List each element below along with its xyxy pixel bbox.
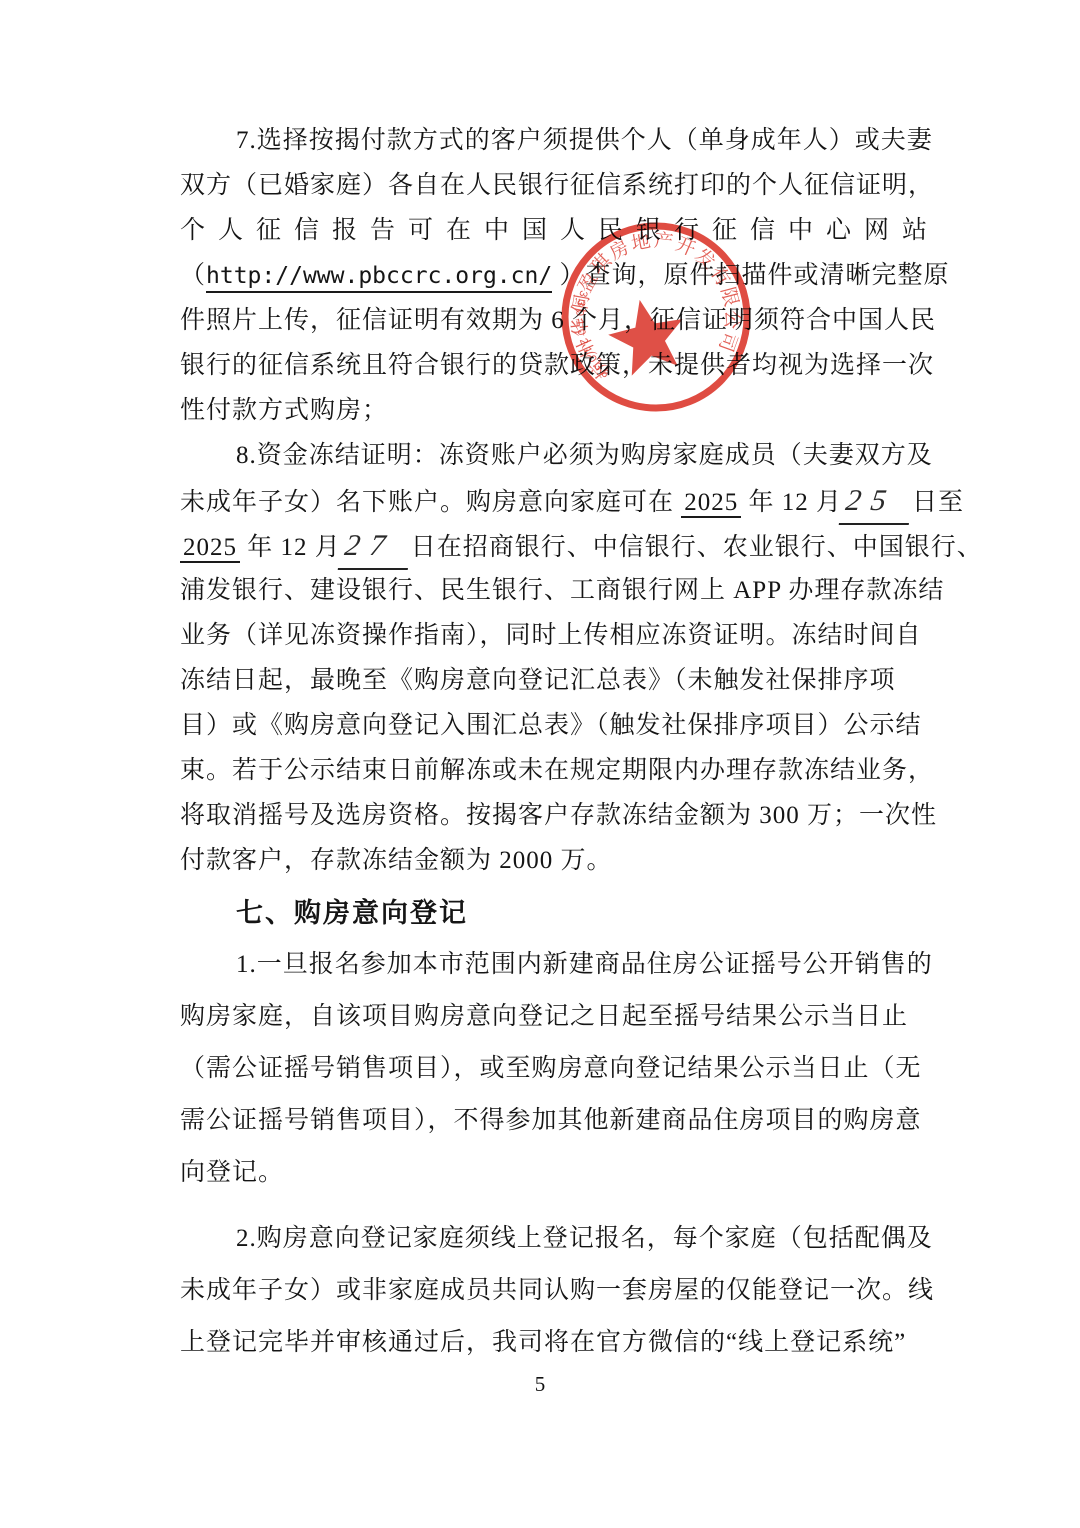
text-segment: 8.资金冻结证明：冻资账户必须为购房家庭成员（夫妻双方及 <box>236 442 933 469</box>
scanned-document-page: 7.选择按揭付款方式的客户须提供个人（单身成年人）或夫妻双方（已婚家庭）各自在人… <box>0 0 1080 1528</box>
text-line: 1.一旦报名参加本市范围内新建商品住房公证摇号公开销售的 <box>180 939 904 991</box>
text-segment: 2.购房意向登记家庭须线上登记报名，每个家庭（包括配偶及 <box>236 1225 933 1252</box>
text-segment: 需公证摇号销售项目），不得参加其他新建商品住房项目的购房意 <box>180 1107 922 1134</box>
text-line: 7.选择按揭付款方式的客户须提供个人（单身成年人）或夫妻 <box>180 118 904 163</box>
text-line: 个人征信报告可在中国人民银行征信中心网站 <box>180 208 904 253</box>
section-heading: 七、购房意向登记 <box>180 887 904 939</box>
text-line: 双方（已婚家庭）各自在人民银行征信系统打印的个人征信证明， <box>180 163 904 208</box>
text-segment: 年 12 月 <box>741 489 842 516</box>
text-segment: 1.一旦报名参加本市范围内新建商品住房公证摇号公开销售的 <box>236 951 933 978</box>
text-line: 未成年子女）名下账户。购房意向家庭可在 2025 年 12 月25日至 <box>180 478 904 523</box>
text-line: 性付款方式购房； <box>180 388 904 433</box>
text-segment: 银行的征信系统且符合银行的贷款政策，未提供者均视为选择一次 <box>180 352 934 379</box>
text-line: 上登记完毕并审核通过后，我司将在官方微信的“线上登记系统” <box>180 1317 904 1369</box>
text-segment: 件照片上传，征信证明有效期为 6 个月，征信证明须符合中国人民 <box>180 307 936 334</box>
text-segment: 上登记完毕并审核通过后，我司将在官方微信的“线上登记系统” <box>180 1329 906 1356</box>
text-line: 购房家庭，自该项目购房意向登记之日起至摇号结果公示当日止 <box>180 991 904 1043</box>
underlined-field: 2025 <box>681 489 741 518</box>
text-line: 束。若于公示结束日前解冻或未在规定期限内办理存款冻结业务， <box>180 748 904 793</box>
text-line: 2.购房意向登记家庭须线上登记报名，每个家庭（包括配偶及 <box>180 1213 904 1265</box>
text-line: 8.资金冻结证明：冻资账户必须为购房家庭成员（夫妻双方及 <box>180 433 904 478</box>
text-line: 浦发银行、建设银行、民生银行、工商银行网上 APP 办理存款冻结 <box>180 568 904 613</box>
underlined-field: 2025 <box>180 534 240 563</box>
text-segment: 业务（详见冻资操作指南），同时上传相应冻资证明。冻结时间自 <box>180 622 922 649</box>
text-segment: 日在招商银行、中信银行、农业银行、中国银行、 <box>411 534 983 561</box>
text-segment: 将取消摇号及选房资格。按揭客户存款冻结金额为 300 万；一次性 <box>180 802 937 829</box>
text-line: 需公证摇号销售项目），不得参加其他新建商品住房项目的购房意 <box>180 1095 904 1147</box>
text-segment: 未成年子女）或非家庭成员共同认购一套房屋的仅能登记一次。线 <box>180 1277 934 1304</box>
text-line: 目）或《购房意向登记入围汇总表》（触发社保排序项目）公示结 <box>180 703 904 748</box>
text-segment: 个人征信报告可在中国人民银行征信中心网站 <box>180 217 940 244</box>
document-url: http://www.pbccrc.org.cn/ <box>206 263 552 293</box>
text-segment: （需公证摇号销售项目），或至购房意向登记结果公示当日止（无 <box>180 1055 922 1082</box>
text-line: 未成年子女）或非家庭成员共同认购一套房屋的仅能登记一次。线 <box>180 1265 904 1317</box>
text-segment: （ <box>180 262 206 289</box>
text-segment: 束。若于公示结束日前解冻或未在规定期限内办理存款冻结业务， <box>180 757 934 784</box>
handwritten-date: 25 <box>839 478 916 525</box>
text-line: 2025 年 12 月27日在招商银行、中信银行、农业银行、中国银行、 <box>180 523 904 568</box>
text-segment: ）查询，原件扫描件或清晰完整原 <box>552 262 949 289</box>
text-segment: 年 12 月 <box>240 534 341 561</box>
text-line: 付款客户，存款冻结金额为 2000 万。 <box>180 838 904 883</box>
text-segment: 未成年子女）名下账户。购房意向家庭可在 <box>180 489 681 516</box>
text-line: 业务（详见冻资操作指南），同时上传相应冻资证明。冻结时间自 <box>180 613 904 658</box>
text-line: 件照片上传，征信证明有效期为 6 个月，征信证明须符合中国人民 <box>180 298 904 343</box>
text-segment: 日至 <box>912 489 964 516</box>
text-line: （需公证摇号销售项目），或至购房意向登记结果公示当日止（无 <box>180 1043 904 1095</box>
section-b: 1.一旦报名参加本市范围内新建商品住房公证摇号公开销售的购房家庭，自该项目购房意… <box>180 939 904 1369</box>
text-segment: 冻结日起，最晚至《购房意向登记汇总表》（未触发社保排序项 <box>180 667 896 694</box>
text-segment: 性付款方式购房； <box>180 397 388 424</box>
text-segment: 七、购房意向登记 <box>236 898 468 928</box>
text-line: 向登记。 <box>180 1147 904 1199</box>
text-line: 冻结日起，最晚至《购房意向登记汇总表》（未触发社保排序项 <box>180 658 904 703</box>
document-body: 7.选择按揭付款方式的客户须提供个人（单身成年人）或夫妻双方（已婚家庭）各自在人… <box>180 118 904 1369</box>
handwritten-date: 27 <box>337 523 414 570</box>
text-segment: 双方（已婚家庭）各自在人民银行征信系统打印的个人征信证明， <box>180 172 934 199</box>
text-segment: 目）或《购房意向登记入围汇总表》（触发社保排序项目）公示结 <box>180 712 922 739</box>
section-a: 7.选择按揭付款方式的客户须提供个人（单身成年人）或夫妻双方（已婚家庭）各自在人… <box>180 118 904 939</box>
text-segment: 7.选择按揭付款方式的客户须提供个人（单身成年人）或夫妻 <box>236 127 933 154</box>
text-line: 银行的征信系统且符合银行的贷款政策，未提供者均视为选择一次 <box>180 343 904 388</box>
text-segment: 浦发银行、建设银行、民生银行、工商银行网上 APP 办理存款冻结 <box>180 577 944 604</box>
text-segment: 向登记。 <box>180 1159 284 1186</box>
text-line: 将取消摇号及选房资格。按揭客户存款冻结金额为 300 万；一次性 <box>180 793 904 838</box>
page-number: 5 <box>0 1372 1080 1397</box>
text-segment: 付款客户，存款冻结金额为 2000 万。 <box>180 847 613 874</box>
text-line: （http://www.pbccrc.org.cn/ ）查询，原件扫描件或清晰完… <box>180 253 904 298</box>
text-segment: 购房家庭，自该项目购房意向登记之日起至摇号结果公示当日止 <box>180 1003 908 1030</box>
